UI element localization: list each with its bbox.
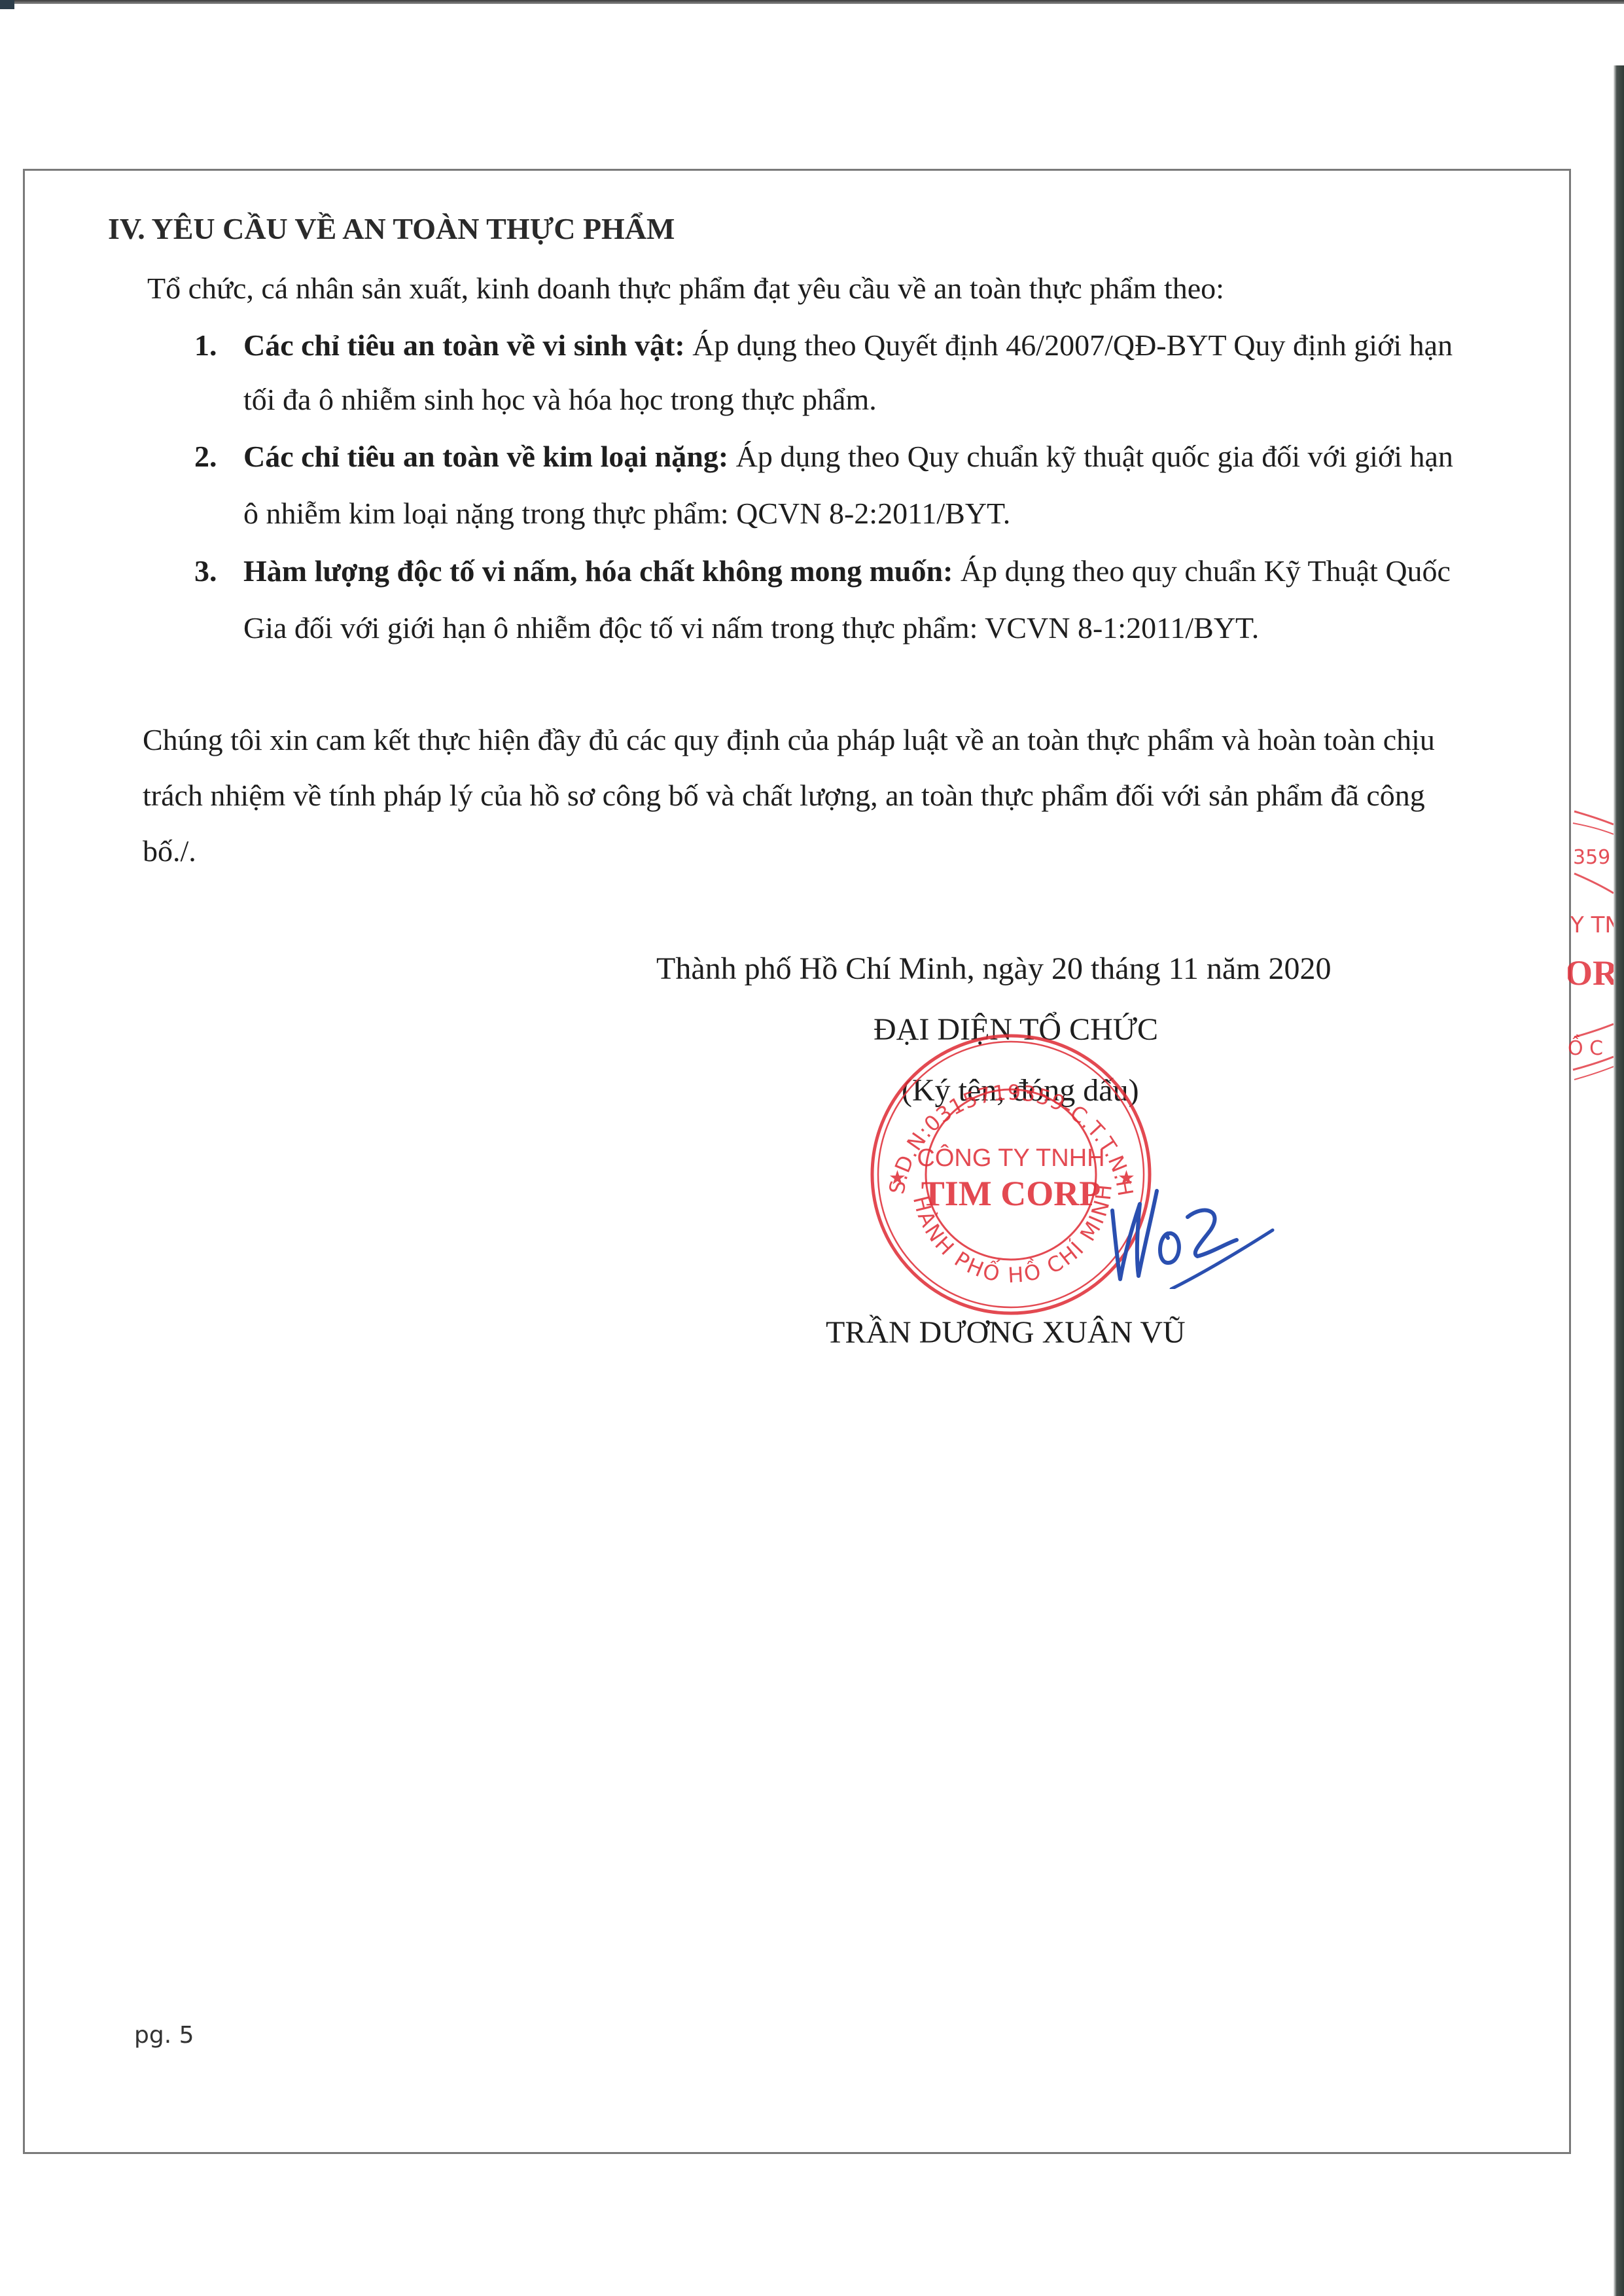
svg-text:359: 359: [1573, 846, 1610, 869]
scan-edge-top: [0, 0, 1624, 4]
signer-name: TRẦN DƯƠNG XUÂN VŨ: [826, 1317, 1186, 1349]
svg-text:Y TN: Y TN: [1570, 912, 1614, 938]
page-number: pg. 5: [134, 2022, 194, 2049]
intro-paragraph: Tổ chức, cá nhân sản xuất, kinh doanh th…: [147, 274, 1224, 304]
list-item-3-line2: Gia đối với giới hạn ô nhiễm độc tố vi n…: [243, 613, 1259, 643]
list-item-1-text: Áp dụng theo Quyết định 46/2007/QĐ-BYT Q…: [685, 328, 1453, 362]
list-item-2-line1: Các chỉ tiêu an toàn về kim loại nặng: Á…: [243, 442, 1453, 472]
partial-stamp-edge: 359 Y TN OR Ồ C: [1568, 798, 1614, 1086]
commitment-line-3: bố./.: [143, 836, 196, 866]
svg-text:OR: OR: [1568, 953, 1614, 993]
scan-edge-right: [1614, 65, 1624, 2296]
list-item-2-line2: ô nhiễm kim loại nặng trong thực phẩm: Q…: [243, 499, 1010, 529]
item-number-1: 1.: [194, 330, 217, 361]
commitment-line-2: trách nhiệm về tính pháp lý của hồ sơ cô…: [143, 781, 1425, 811]
item-number-3: 3.: [194, 556, 217, 586]
star-icon-left: ★: [889, 1167, 906, 1190]
list-item-1-line1: Các chỉ tiêu an toàn về vi sinh vật: Áp …: [243, 330, 1453, 361]
list-item-3-text: Áp dụng theo quy chuẩn Kỹ Thuật Quốc: [953, 554, 1451, 588]
scan-corner-mark: [0, 0, 14, 9]
list-item-3-label: Hàm lượng độc tố vi nấm, hóa chất không …: [243, 554, 953, 588]
section-heading: IV. YÊU CẦU VỀ AN TOÀN THỰC PHẨM: [108, 214, 675, 244]
commitment-line-1: Chúng tôi xin cam kết thực hiện đầy đủ c…: [143, 725, 1435, 755]
list-item-1-line2: tối đa ô nhiễm sinh học và hóa học trong…: [243, 385, 877, 415]
list-item-2-label: Các chỉ tiêu an toàn về kim loại nặng:: [243, 440, 728, 473]
handwritten-signature: [1106, 1165, 1276, 1289]
svg-text:Ồ C: Ồ C: [1568, 1034, 1603, 1060]
list-item-3-line1: Hàm lượng độc tố vi nấm, hóa chất không …: [243, 556, 1451, 586]
list-item-2-text: Áp dụng theo Quy chuẩn kỹ thuật quốc gia…: [728, 440, 1453, 473]
stamp-inner-line2: TIM CORP: [921, 1174, 1101, 1213]
item-number-2: 2.: [194, 442, 217, 472]
stamp-inner-line1: CÔNG TY TNHH: [917, 1143, 1104, 1172]
place-date: Thành phố Hồ Chí Minh, ngày 20 tháng 11 …: [656, 953, 1331, 985]
list-item-1-label: Các chỉ tiêu an toàn về vi sinh vật:: [243, 328, 685, 362]
